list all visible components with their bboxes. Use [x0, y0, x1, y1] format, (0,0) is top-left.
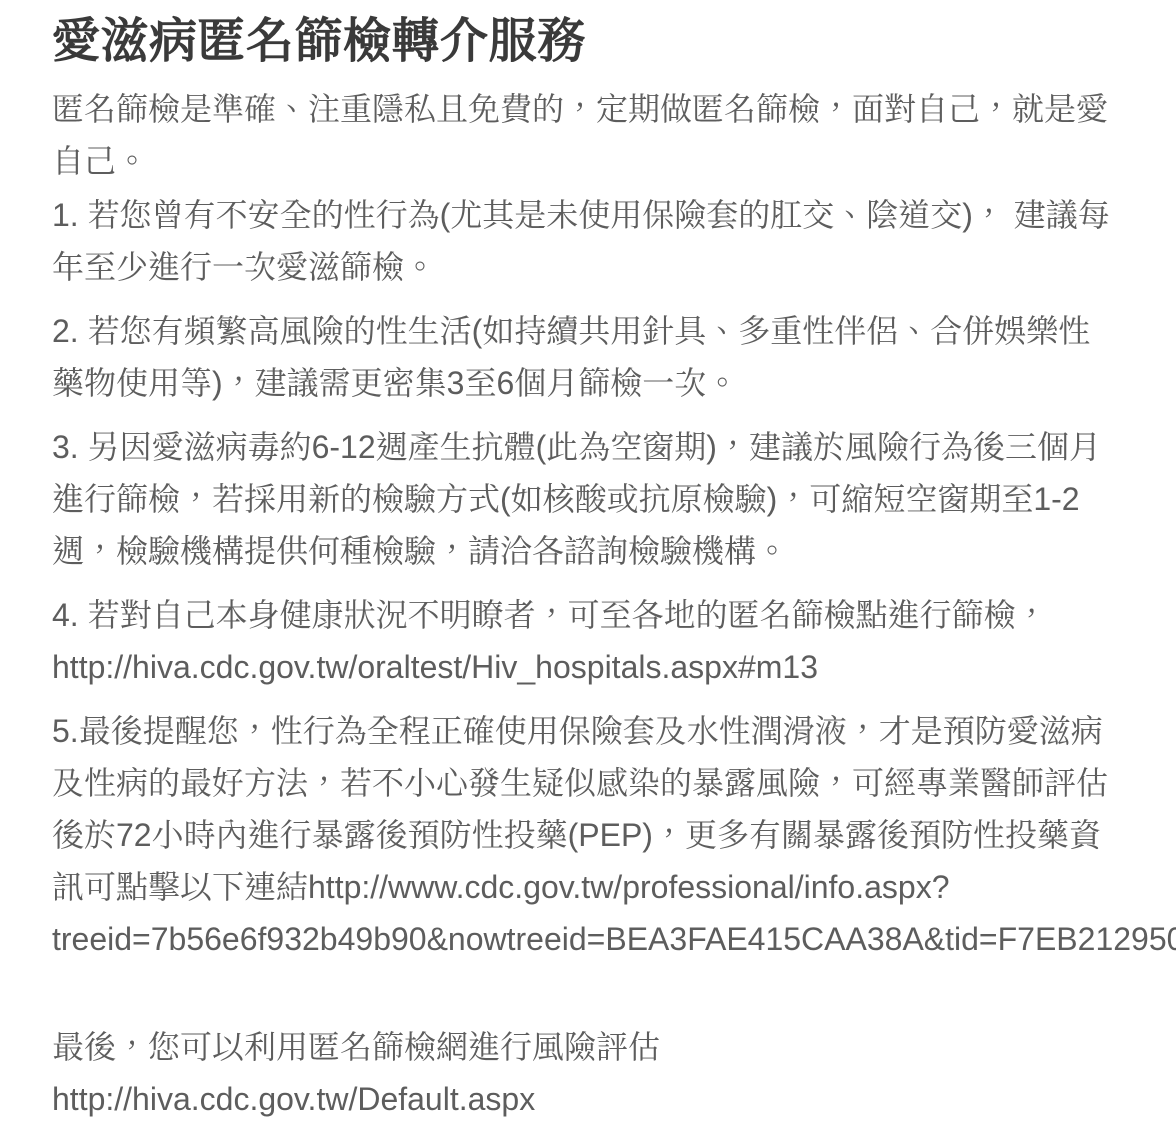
intro-paragraph: 匿名篩檢是準確、注重隱私且免費的，定期做匿名篩檢，面對自己，就是愛自己。	[52, 83, 1112, 187]
guideline-item-4: 4. 若對自己本身健康狀況不明瞭者，可至各地的匿名篩檢點進行篩檢，http://…	[52, 589, 1112, 693]
guideline-item-5-text: 5.最後提醒您，性行為全程正確使用保險套及水性潤滑液，才是預防愛滋病及性病的最好…	[52, 713, 1108, 905]
guideline-item-1: 1. 若您曾有不安全的性行為(尤其是未使用保險套的肛交、陰道交)， 建議每年至少…	[52, 189, 1112, 293]
guideline-item-2: 2. 若您有頻繁高風險的性生活(如持續共用針具、多重性伴侶、合併娛樂性藥物使用等…	[52, 305, 1112, 409]
footer-block: 最後，您可以利用匿名篩檢網進行風險評估 http://hiva.cdc.gov.…	[52, 1021, 1112, 1125]
guideline-item-3: 3. 另因愛滋病毒約6-12週產生抗體(此為空窗期)，建議於風險行為後三個月進行…	[52, 421, 1112, 577]
page-title: 愛滋病匿名篩檢轉介服務	[52, 14, 1112, 70]
blank-line-spacer	[52, 965, 1112, 1021]
footer-url-text: http://hiva.cdc.gov.tw/Default.aspx	[52, 1081, 535, 1117]
footer-note: 最後，您可以利用匿名篩檢網進行風險評估	[52, 1029, 660, 1065]
article-body: 愛滋病匿名篩檢轉介服務 匿名篩檢是準確、注重隱私且免費的，定期做匿名篩檢，面對自…	[52, 14, 1112, 1125]
guideline-item-5-url-continuation: treeid=7b56e6f932b49b90&nowtreeid=BEA3FA…	[52, 913, 1112, 965]
guideline-item-5: 5.最後提醒您，性行為全程正確使用保險套及水性潤滑液，才是預防愛滋病及性病的最好…	[52, 705, 1112, 965]
